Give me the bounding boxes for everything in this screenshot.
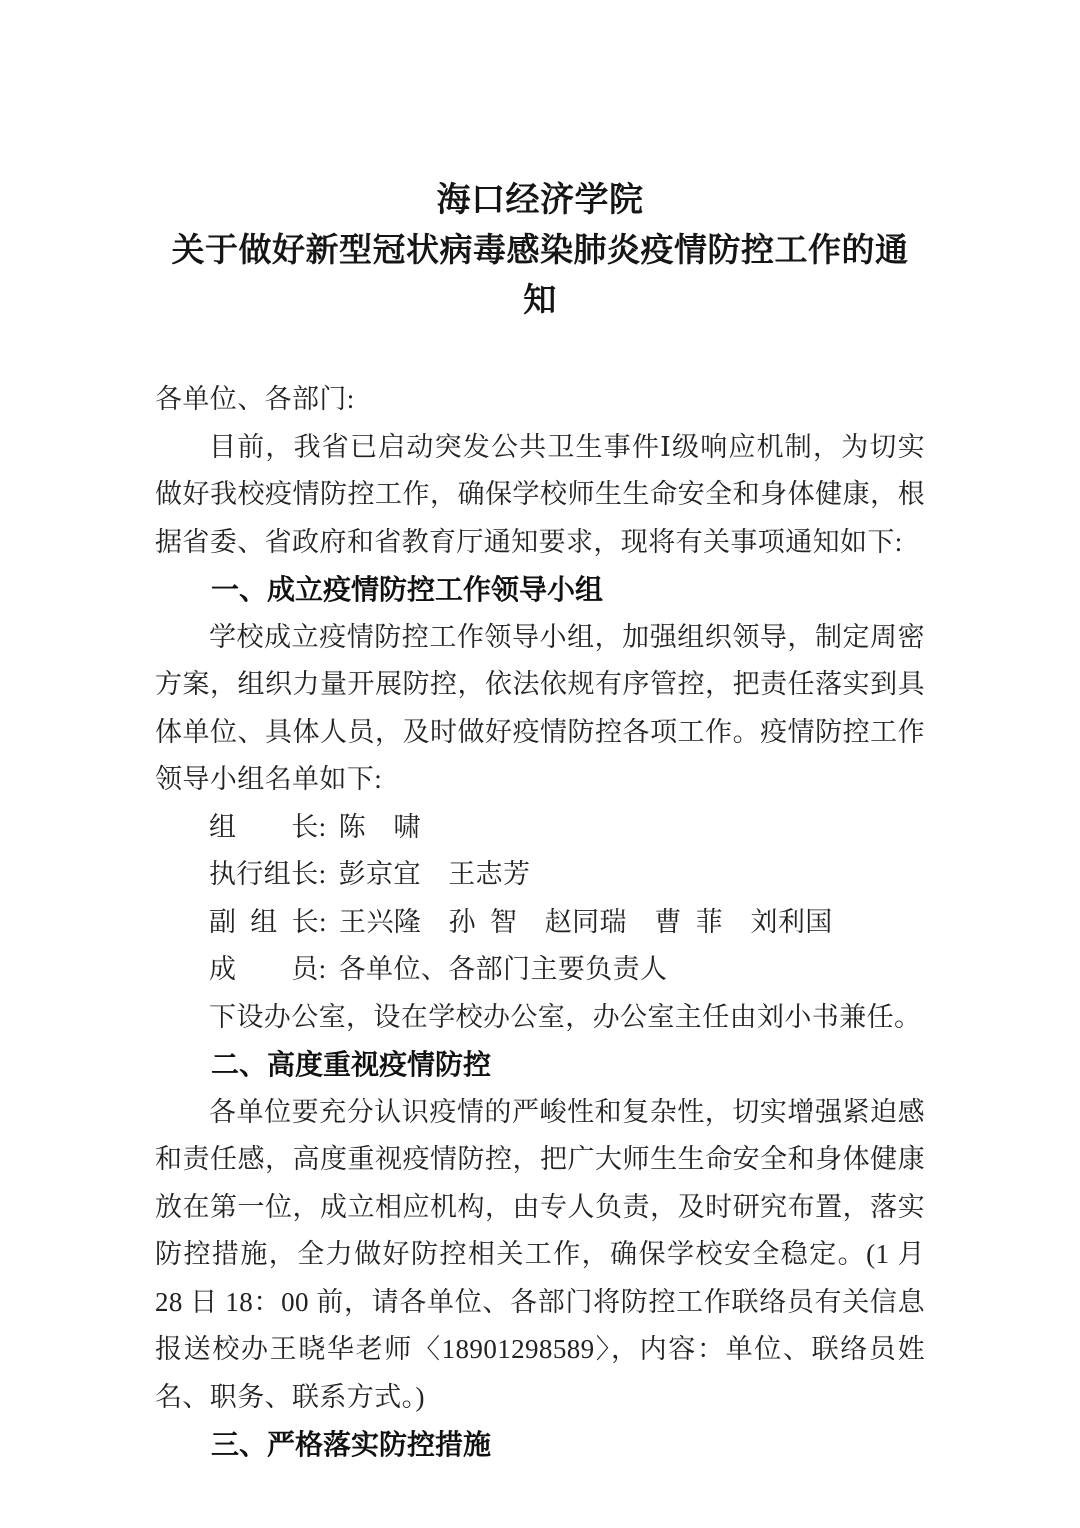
document-content: 海口经济学院 关于做好新型冠状病毒感染肺炎疫情防控工作的通知 各单位、各部门: …: [0, 0, 1080, 1469]
office-note-paragraph: 下设办公室，设在学校办公室，办公室主任由刘小书兼任。: [155, 994, 925, 1042]
document-page: 海口经济学院 关于做好新型冠状病毒感染肺炎疫情防控工作的通知 各单位、各部门: …: [0, 0, 1080, 1528]
roster-role-members: 成 员:: [209, 954, 327, 984]
section-1-paragraph: 学校成立疫情防控工作领导小组，加强组织领导，制定周密方案，组织力量开展防控，依法…: [155, 614, 925, 804]
roster-names-group-leader: 陈 啸: [339, 812, 421, 842]
roster-names-executive-leader: 彭京宜 王志芳: [339, 859, 531, 889]
section-2-paragraph: 各单位要充分认识疫情的严峻性和复杂性，切实增强紧迫感和责任感，高度重视疫情防控，…: [155, 1089, 925, 1422]
roster-role-group-leader: 组 长:: [209, 812, 327, 842]
roster-names-deputy-leaders: 王兴隆 孙 智 赵同瑞 曹 菲 刘利国: [339, 907, 833, 937]
section-2-heading: 二、高度重视疫情防控: [155, 1041, 925, 1089]
document-title-org: 海口经济学院: [155, 176, 925, 226]
salutation: 各单位、各部门:: [155, 376, 925, 424]
section-1-heading: 一、成立疫情防控工作领导小组: [155, 566, 925, 614]
document-title-subject: 关于做好新型冠状病毒感染肺炎疫情防控工作的通知: [155, 226, 925, 326]
roster-line-deputy-leaders: 副 组 长:王兴隆 孙 智 赵同瑞 曹 菲 刘利国: [155, 899, 925, 947]
intro-paragraph: 目前，我省已启动突发公共卫生事件Ⅰ级响应机制，为切实做好我校疫情防控工作，确保学…: [155, 424, 925, 567]
roster-names-members: 各单位、各部门主要负责人: [339, 954, 668, 984]
roster-line-members: 成 员:各单位、各部门主要负责人: [155, 946, 925, 994]
roster-role-deputy-leaders: 副 组 长:: [209, 907, 327, 937]
roster-role-executive-leader: 执行组长:: [209, 859, 327, 889]
section-3-heading: 三、严格落实防控措施: [155, 1421, 925, 1469]
roster-line-executive-leader: 执行组长:彭京宜 王志芳: [155, 851, 925, 899]
roster-line-group-leader: 组 长:陈 啸: [155, 804, 925, 852]
